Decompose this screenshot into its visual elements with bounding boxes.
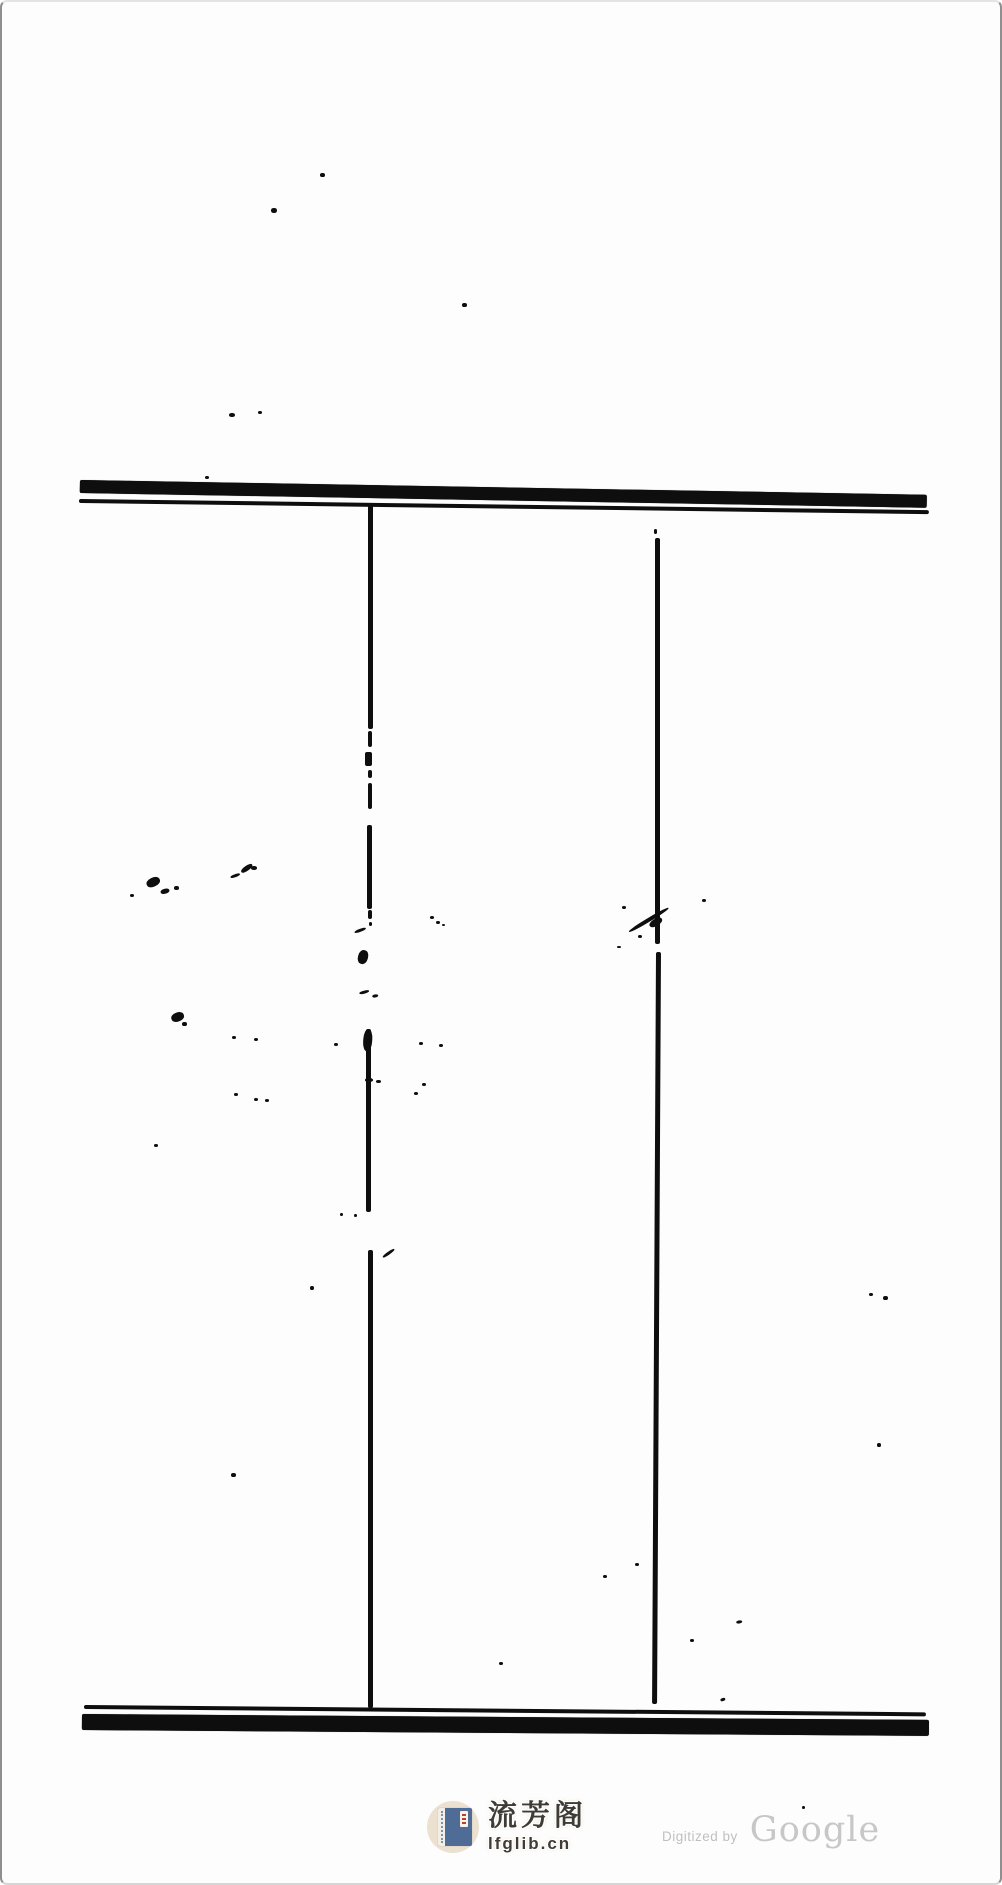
ink-speck	[359, 989, 369, 994]
ink-speck	[354, 927, 366, 934]
lfglib-logo-icon	[427, 1801, 479, 1853]
column-rule-segment	[652, 952, 661, 1704]
ink-speck	[617, 946, 621, 948]
column-rule-segment	[365, 752, 372, 766]
ink-speck	[462, 303, 467, 307]
ink-speck	[802, 1806, 805, 1809]
column-rule-segment	[368, 783, 372, 809]
ink-speck	[182, 1022, 187, 1026]
ink-speck	[362, 1029, 373, 1052]
ink-speck	[877, 1443, 881, 1447]
ink-speck	[145, 875, 161, 889]
column-rule-segment	[368, 505, 373, 729]
ink-speck	[265, 1099, 269, 1102]
ink-speck	[382, 1248, 395, 1258]
ink-speck	[372, 994, 378, 998]
ink-speck	[320, 173, 325, 177]
ink-speck	[436, 921, 440, 924]
column-rule-segment	[655, 538, 660, 944]
ink-speck	[340, 1213, 343, 1216]
lfglib-watermark: 流芳阁 lfglib.cn	[427, 1801, 587, 1853]
book-spine	[438, 1808, 445, 1846]
ink-speck	[229, 413, 235, 417]
column-rule-segment	[368, 1250, 373, 1708]
ink-speck	[310, 1286, 314, 1290]
site-name: 流芳阁	[488, 1801, 587, 1830]
ink-speck	[414, 1092, 418, 1095]
google-attribution: Digitized by Google	[662, 1810, 880, 1850]
ink-speck	[234, 1093, 238, 1096]
site-url: lfglib.cn	[488, 1835, 587, 1852]
column-rule-segment	[367, 825, 372, 909]
column-rule-segment	[368, 731, 372, 747]
ink-speck	[628, 906, 669, 933]
ink-speck	[251, 866, 257, 870]
ink-speck	[702, 899, 706, 902]
ink-speck	[422, 1083, 426, 1086]
ink-speck	[635, 1563, 639, 1566]
ink-speck	[690, 1639, 694, 1642]
ink-speck	[365, 1078, 373, 1082]
ink-speck	[356, 949, 369, 965]
ink-speck	[439, 1044, 443, 1047]
book-title-label	[460, 1811, 468, 1827]
ink-speck	[232, 1036, 236, 1039]
column-rule-segment	[654, 529, 657, 534]
digitized-by-label: Digitized by	[662, 1829, 738, 1844]
ink-speck	[154, 1144, 158, 1147]
ink-speck	[430, 916, 434, 919]
ink-speck	[419, 1042, 423, 1045]
ink-speck	[258, 411, 262, 414]
column-rule-segment	[366, 1029, 371, 1212]
ink-speck	[130, 894, 134, 897]
ink-speck	[231, 1473, 236, 1477]
watermark-text: 流芳阁 lfglib.cn	[488, 1801, 587, 1852]
column-rule-segment	[368, 770, 372, 778]
ink-speck	[205, 476, 209, 479]
ink-layer	[2, 2, 1000, 1883]
ink-speck	[334, 1043, 338, 1046]
book-icon	[438, 1808, 472, 1846]
ink-speck	[271, 208, 277, 213]
ink-speck	[499, 1662, 503, 1665]
bottom-thick-rule	[82, 1714, 929, 1736]
ink-speck	[622, 906, 626, 909]
ink-speck	[160, 888, 170, 895]
ink-speck	[254, 1098, 258, 1101]
ink-speck	[376, 1080, 381, 1083]
ink-speck	[720, 1697, 726, 1702]
ink-speck	[603, 1575, 607, 1578]
ink-speck	[354, 1214, 357, 1217]
ink-speck	[230, 873, 240, 879]
google-wordmark: Google	[750, 1810, 880, 1850]
ink-speck	[442, 924, 445, 926]
column-rule-segment	[368, 910, 372, 919]
ink-speck	[638, 935, 642, 938]
ink-speck	[883, 1296, 888, 1300]
book-stitch	[441, 1811, 443, 1843]
ink-speck	[254, 1038, 258, 1041]
ink-speck	[174, 886, 179, 890]
ink-speck	[869, 1293, 873, 1296]
column-rule-segment	[369, 922, 372, 926]
scanned-page: 流芳阁 lfglib.cn Digitized by Google	[0, 0, 1002, 1885]
ink-speck	[736, 1620, 742, 1624]
